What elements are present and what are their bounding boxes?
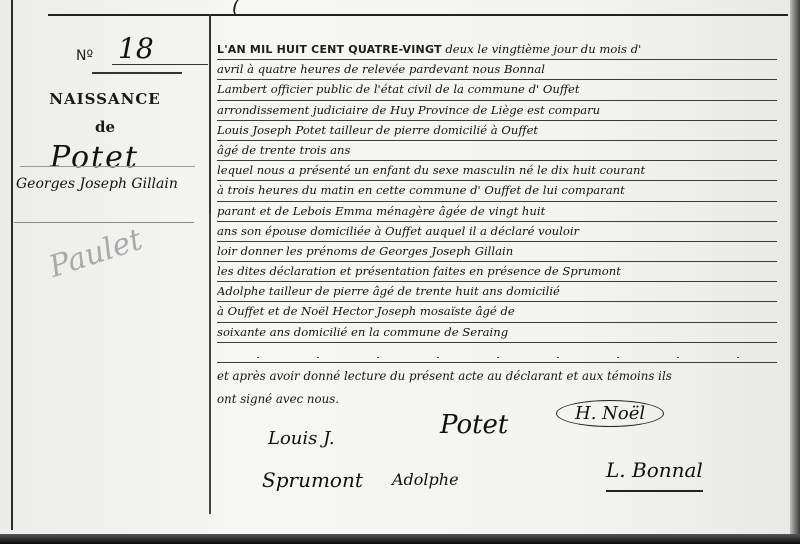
handwritten-text: ans son épouse domiciliée à Ouffet auque… (217, 224, 579, 238)
column-divider-lower (209, 214, 211, 514)
body-line-4: arrondissement judiciaire de Huy Provinc… (217, 101, 777, 121)
handwritten-text: âgé de trente trois ans (217, 143, 350, 157)
signature-potet: Potet (440, 410, 508, 440)
signature-bonnal: L. Bonnal (606, 458, 703, 492)
entry-number-label: Nº (76, 48, 93, 64)
body-line-7: lequel nous a présenté un enfant du sexe… (217, 161, 777, 181)
closing-line-1: et après avoir donné lecture du présent … (217, 367, 777, 386)
handwritten-text: Louis Joseph Potet tailleur de pierre do… (217, 123, 538, 137)
handwritten-text: les dites déclaration et présentation fa… (217, 264, 621, 278)
handwritten-text: à Ouffet et de Noël Hector Joseph mosaïs… (217, 304, 515, 318)
handwritten-text: soixante ans domicilié en la commune de … (217, 325, 508, 339)
body-line-10: ans son épouse domiciliée à Ouffet auque… (217, 222, 777, 242)
body-line-15: soixante ans domicilié en la commune de … (217, 323, 777, 343)
handwritten-text: parant et de Lebois Emma ménagère âgée d… (217, 204, 545, 218)
page-bottom-edge (0, 534, 800, 544)
body-line-14: à Ouffet et de Noël Hector Joseph mosaïs… (217, 302, 777, 322)
body-line-3: Lambert officier public de l'état civil … (217, 80, 777, 100)
handwritten-text: lequel nous a présenté un enfant du sexe… (217, 163, 645, 177)
filler-flourish-line (217, 343, 777, 363)
body-line-8: à trois heures du matin en cette commune… (217, 181, 777, 201)
child-given-names: Georges Joseph Gillain (16, 176, 178, 192)
body-line-13: Adolphe tailleur de pierre âgé de trente… (217, 282, 777, 302)
handwritten-text: avril à quatre heures de relevée pardeva… (217, 62, 545, 76)
signature-sprumont: Sprumont (262, 468, 363, 492)
signature-louis: Louis J. (268, 428, 335, 449)
heading-naissance: NAISSANCE (0, 90, 210, 108)
handwritten-text: loir donner les prénoms de Georges Josep… (217, 244, 513, 258)
number-underline (92, 72, 182, 74)
given-names-rule (14, 222, 194, 223)
signature-noel: H. Noël (556, 400, 664, 427)
printed-year-prefix: L'AN MIL HUIT CENT QUATRE-VINGT (217, 43, 442, 56)
body-line-5: Louis Joseph Potet tailleur de pierre do… (217, 121, 777, 141)
body-line-2: avril à quatre heures de relevée pardeva… (217, 60, 777, 80)
register-page: ( Nº 18 NAISSANCE de Potet Georges Josep… (0, 0, 800, 544)
signature-adolphe: Adolphe (392, 470, 459, 489)
column-divider (209, 14, 211, 214)
handwritten-text: deux le vingtième jour du mois d' (442, 42, 642, 56)
pencil-annotation: Paulet (45, 222, 147, 285)
heading-de: de (0, 118, 210, 136)
handwritten-text: Lambert officier public de l'état civil … (217, 82, 580, 96)
surname-rule (20, 166, 195, 167)
closing-line-2: ont signé avec nous. (217, 390, 777, 409)
top-rule (48, 14, 788, 16)
child-surname: Potet (50, 140, 139, 175)
body-line-9: parant et de Lebois Emma ménagère âgée d… (217, 202, 777, 222)
body-line-1: L'AN MIL HUIT CENT QUATRE-VINGT deux le … (217, 40, 777, 60)
act-body: L'AN MIL HUIT CENT QUATRE-VINGT deux le … (217, 40, 777, 409)
body-line-6: âgé de trente trois ans (217, 141, 777, 161)
body-line-11: loir donner les prénoms de Georges Josep… (217, 242, 777, 262)
left-margin-rule (11, 0, 13, 530)
page-right-edge (790, 0, 800, 544)
handwritten-text: à trois heures du matin en cette commune… (217, 183, 625, 197)
handwritten-text: arrondissement judiciaire de Huy Provinc… (217, 103, 600, 117)
body-line-12: les dites déclaration et présentation fa… (217, 262, 777, 282)
entry-number-value: 18 (112, 34, 208, 65)
handwritten-text: Adolphe tailleur de pierre âgé de trente… (217, 284, 560, 298)
top-ink-mark: ( (232, 0, 240, 18)
